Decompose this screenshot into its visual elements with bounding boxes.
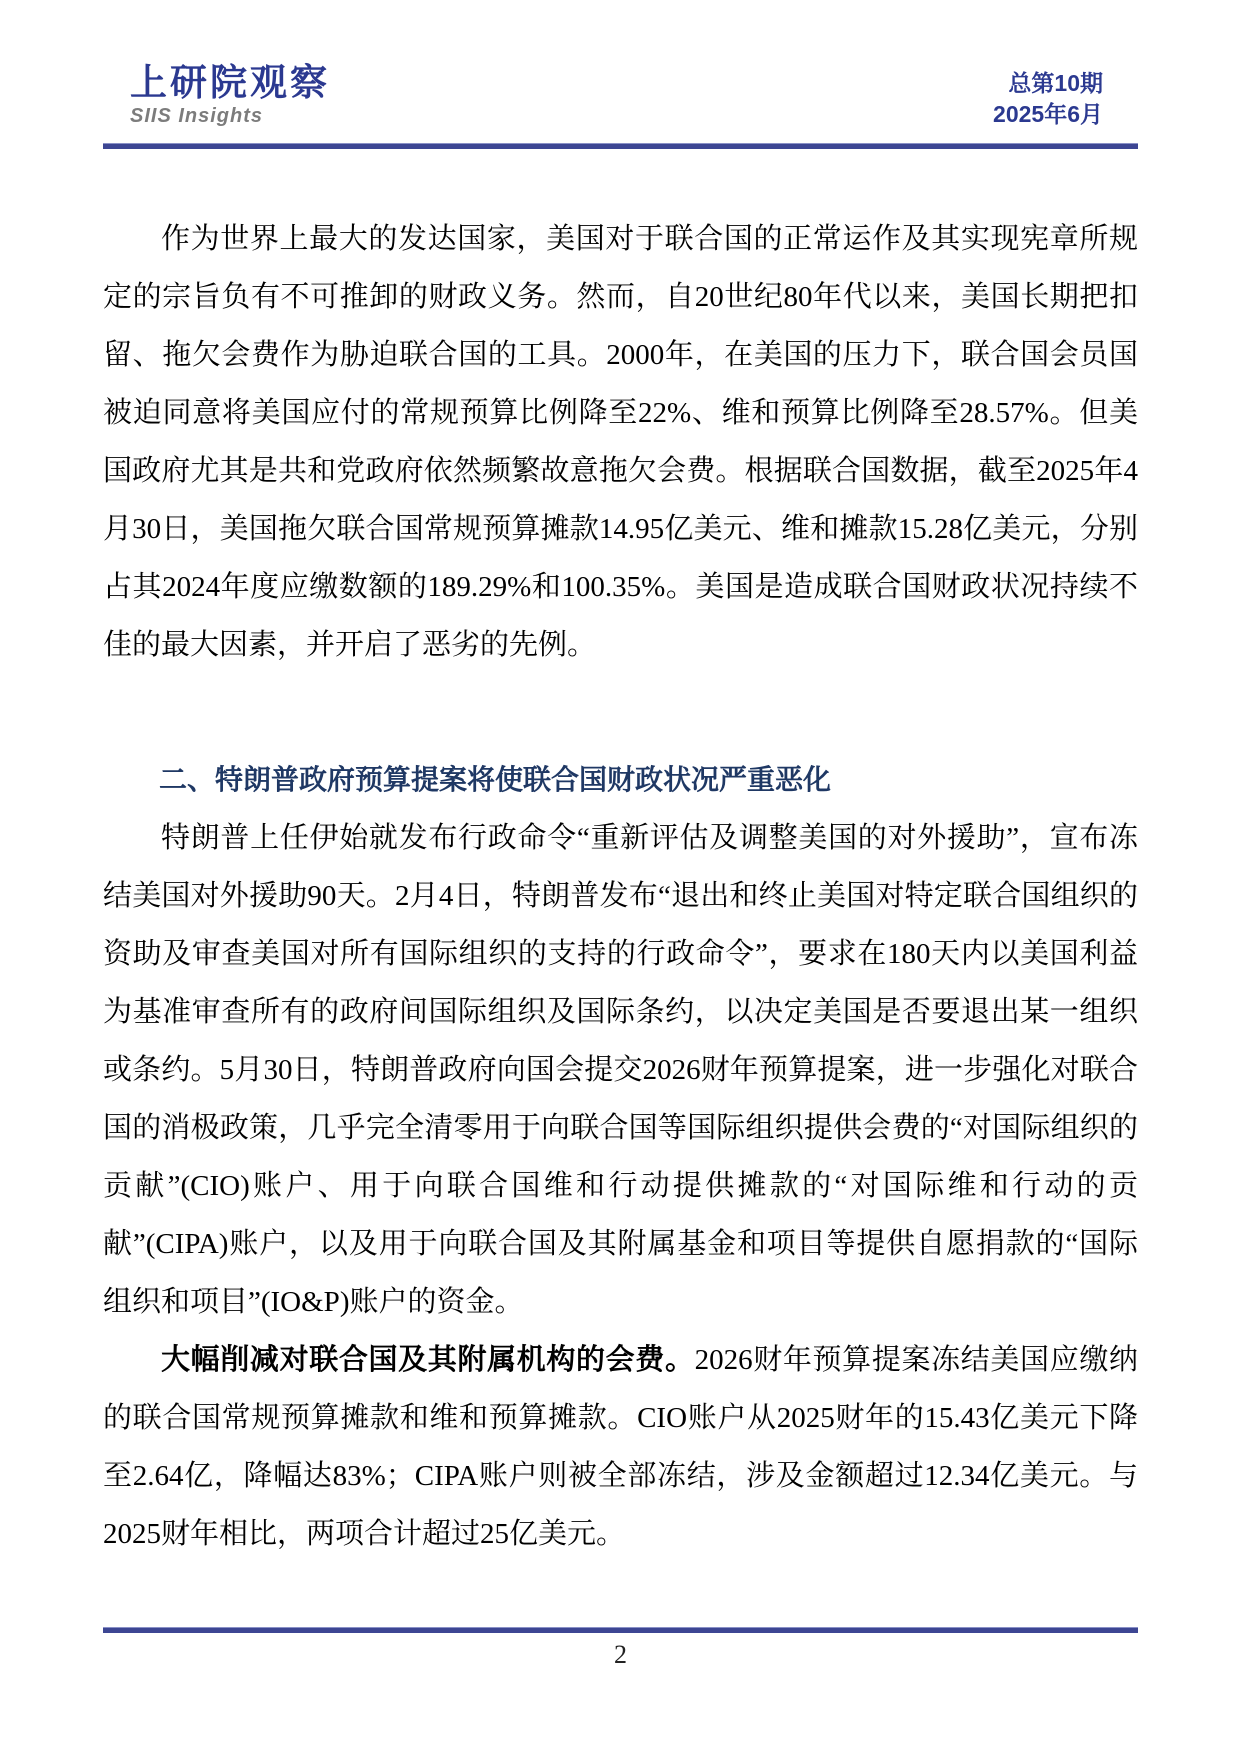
paragraph-3: 大幅削减对联合国及其附属机构的会费。2026财年预算提案冻结美国应缴纳的联合国常… bbox=[103, 1331, 1138, 1563]
paragraph-2: 特朗普上任伊始就发布行政命令“重新评估及调整美国的对外援助”，宣布冻结美国对外援… bbox=[103, 809, 1138, 1331]
logo: 上研院观察 SIIS Insights bbox=[130, 62, 330, 128]
logo-chinese-title: 上研院观察 bbox=[130, 62, 330, 102]
page-number: 2 bbox=[103, 1640, 1138, 1670]
document-page: 上研院观察 SIIS Insights 总第10期 2025年6月 作为世界上最… bbox=[0, 0, 1241, 1754]
document-body: 作为世界上最大的发达国家，美国对于联合国的正常运作及其实现宪章所规定的宗旨负有不… bbox=[103, 148, 1138, 1563]
paragraph-1: 作为世界上最大的发达国家，美国对于联合国的正常运作及其实现宪章所规定的宗旨负有不… bbox=[103, 210, 1138, 674]
issue-info: 总第10期 2025年6月 bbox=[993, 68, 1103, 130]
paragraph-3-bold-lead: 大幅削减对联合国及其附属机构的会费。 bbox=[161, 1344, 695, 1376]
footer-divider bbox=[103, 1627, 1138, 1633]
issue-date: 2025年6月 bbox=[993, 99, 1103, 130]
issue-number: 总第10期 bbox=[993, 68, 1103, 99]
logo-english-subtitle: SIIS Insights bbox=[130, 104, 330, 128]
section-heading: 二、特朗普政府预算提案将使联合国财政状况严重恶化 bbox=[103, 751, 1138, 809]
